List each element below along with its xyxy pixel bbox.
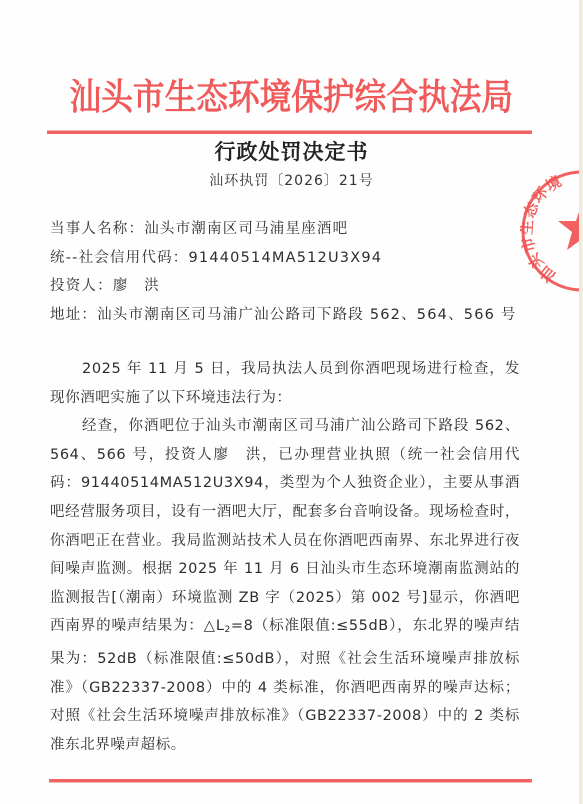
investor-line: 投资人：廖 洪 bbox=[50, 272, 530, 301]
party-info: 当事人名称：汕头市潮南区司马浦星座酒吧 统--社会信用代码：91440514MA… bbox=[50, 215, 530, 330]
document-page: 汕头市生态环境保护综合执法局 行政处罚决定书 汕环执罚〔2026〕21号 当事人… bbox=[0, 0, 579, 804]
decision-body: 2025 年 11 月 5 日，我局执法人员到你酒吧现场进行检查，发现你酒吧实施… bbox=[50, 355, 520, 759]
party-name-value: 汕头市潮南区司马浦星座酒吧 bbox=[144, 221, 348, 237]
findings-text-1: 经查，你酒吧位于汕头市潮南区司马浦广汕公路司下路段 562、564、566 号，… bbox=[50, 418, 520, 634]
document-title: 行政处罚决定书 bbox=[0, 139, 583, 165]
address-value: 汕头市潮南区司马浦广汕公路司下路段 562、564、566 号 bbox=[97, 307, 516, 323]
paragraph-inspection: 2025 年 11 月 5 日，我局执法人员到你酒吧现场进行检查，发现你酒吧实施… bbox=[50, 355, 520, 412]
party-name-label: 当事人名称： bbox=[50, 221, 144, 237]
agency-masthead: 汕头市生态环境保护综合执法局 bbox=[35, 74, 548, 120]
credit-code-value: 91440514MA512U3X94 bbox=[188, 250, 382, 266]
credit-code-line: 统--社会信用代码：91440514MA512U3X94 bbox=[50, 244, 530, 273]
address-line: 地址：汕头市潮南区司马浦广汕公路司下路段 562、564、566 号 bbox=[50, 301, 530, 330]
party-name-line: 当事人名称：汕头市潮南区司马浦星座酒吧 bbox=[50, 215, 530, 244]
credit-code-label: 统--社会信用代码： bbox=[50, 250, 188, 266]
investor-label: 投资人： bbox=[50, 278, 113, 294]
footer-divider bbox=[49, 779, 532, 782]
paragraph-findings: 经查，你酒吧位于汕头市潮南区司马浦广汕公路司下路段 562、564、566 号，… bbox=[50, 412, 520, 759]
delta-l-symbol: △L bbox=[204, 618, 225, 634]
document-number: 汕环执罚〔2026〕21号 bbox=[0, 171, 583, 191]
address-label: 地址： bbox=[50, 307, 97, 323]
masthead-divider bbox=[47, 131, 532, 134]
investor-value: 廖 洪 bbox=[113, 278, 160, 294]
findings-text-2: =8（标准限值:≤55dB），东北界的噪声结果为：52dB（标准限值:≤50dB… bbox=[50, 618, 520, 752]
paper-edge bbox=[579, 0, 583, 804]
